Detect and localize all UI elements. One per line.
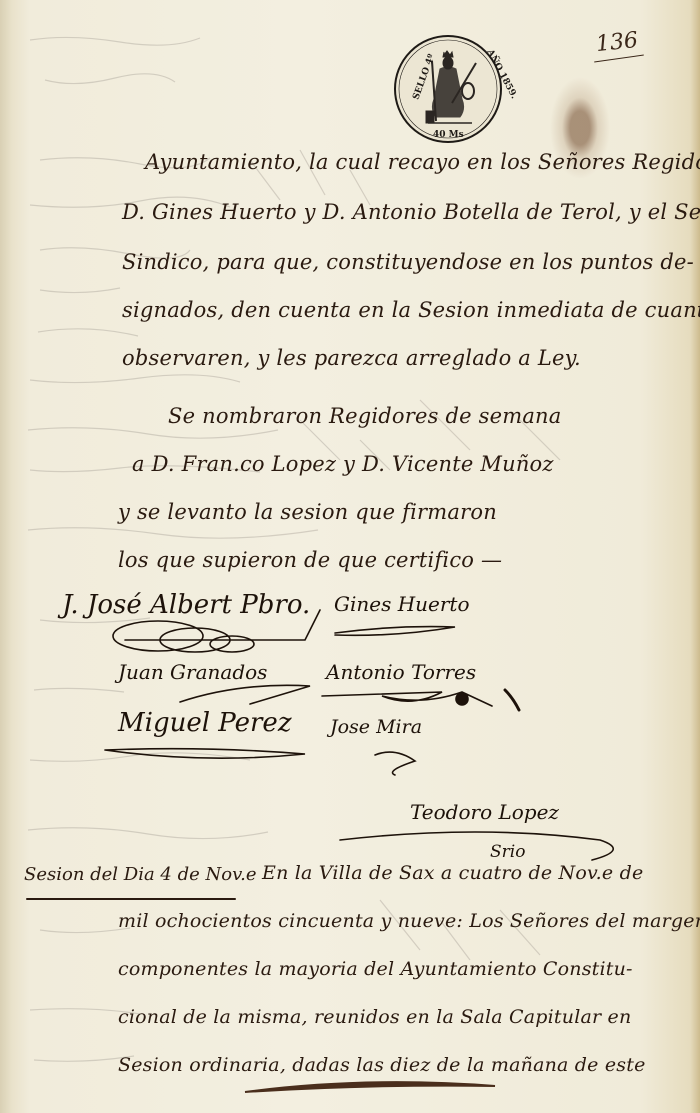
text-line: mil ochocientos cincuenta y nueve: Los S… [118,910,700,932]
text-line: En la Villa de Sax a cuatro de Nov.e de [262,862,643,884]
text-line: D. Gines Huerto y D. Antonio Botella de … [122,200,700,224]
secretary-title: Srio [490,842,525,862]
margin-heading-underline [26,898,236,900]
text-line: Sindico, para que, constituyendose en lo… [122,250,694,274]
text-line: cional de la misma, reunidos en la Sala … [118,1006,631,1028]
text-line: observaren, y les parezca arreglado a Le… [122,346,581,370]
signature-jose-albert: J. José Albert Pbro. [62,590,310,620]
text-line: signados, den cuenta en la Sesion inmedi… [122,298,700,322]
signature-secretary: Teodoro Lopez [410,800,559,824]
margin-heading-session-date: Sesion del Dia 4 de Nov.e [24,864,257,885]
text-line: componentes la mayoria del Ayuntamiento … [118,958,633,980]
signature-gines-huerto: Gines Huerto [334,592,470,616]
signature-jose-mira: Jose Mira [330,716,422,738]
signature-antonio-torres: Antonio Torres [326,660,476,684]
manuscript-page: SELLO 4º AÑO 1859. 40 Ms 136 Ayuntamient… [0,0,700,1113]
text-line: Se nombraron Regidores de semana [168,404,562,428]
text-line: y se levanto la sesion que firmaron [118,500,497,524]
text-line: a D. Fran.co Lopez y D. Vicente Muñoz [132,452,554,476]
folio-number: 136 [595,28,639,57]
signature-miguel-perez: Miguel Perez [118,708,292,738]
stamp-bottom-text: 40 Ms [433,130,464,140]
text-line: los que supieron de que certifico — [118,548,502,572]
text-line: Ayuntamiento, la cual recayo en los Seño… [145,150,675,174]
text-line: Sesion ordinaria, dadas las diez de la m… [118,1054,646,1076]
tax-stamp: SELLO 4º AÑO 1859. 40 Ms [392,33,504,145]
signature-juan-granados: Juan Granados [118,660,267,684]
